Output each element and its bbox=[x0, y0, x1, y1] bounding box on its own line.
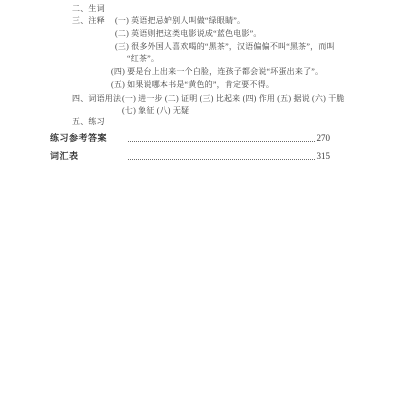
usage-line-1: (一) 进一步 (二) 证明 (三) 比起来 (四) 作用 (五) 据说 (六)… bbox=[122, 94, 345, 104]
toc-entry-answers-title: 练习参考答案 bbox=[50, 133, 128, 144]
dotted-leader bbox=[128, 159, 315, 160]
note-line-5: (五) 如果说哪本书是“黄色的”，肯定要不得。 bbox=[111, 80, 274, 90]
outline-item-zhushi: 三、注释 bbox=[72, 16, 105, 26]
outline-item-lianxi: 五、练习 bbox=[72, 117, 105, 127]
toc-entry-vocabulary-page: 315 bbox=[317, 151, 331, 162]
outline-item-shengci: 二、生词 bbox=[72, 4, 105, 14]
document-page: 二、生词 三、注释 (一) 英语把忌妒别人叫做“绿眼睛”。 (二) 英语则把这类… bbox=[0, 0, 400, 400]
note-line-2: (二) 英语则把这类电影说成“蓝色电影”。 bbox=[115, 29, 262, 39]
note-line-3: (三) 很多外国人喜欢喝的“黑茶”，汉语偏偏不叫“黑茶”，而叫 bbox=[115, 42, 335, 52]
toc-entry-answers-page: 270 bbox=[317, 133, 331, 144]
toc-entry-vocabulary: 词汇表 315 bbox=[50, 151, 330, 162]
note-line-1: (一) 英语把忌妒别人叫做“绿眼睛”。 bbox=[115, 16, 245, 26]
note-line-3-continuation: “红茶”。 bbox=[127, 54, 159, 64]
dotted-leader bbox=[128, 141, 315, 142]
usage-line-2: (七) 象征 (八) 无疑 bbox=[122, 106, 189, 116]
toc-entry-answers: 练习参考答案 270 bbox=[50, 133, 330, 144]
note-line-4: (四) 要是台上出来一个白脸，连孩子都会说“坏蛋出来了”。 bbox=[111, 67, 323, 77]
toc-entry-vocabulary-title: 词汇表 bbox=[50, 151, 128, 162]
outline-item-ciyu-yongfa: 四、词语用法 bbox=[72, 94, 121, 104]
